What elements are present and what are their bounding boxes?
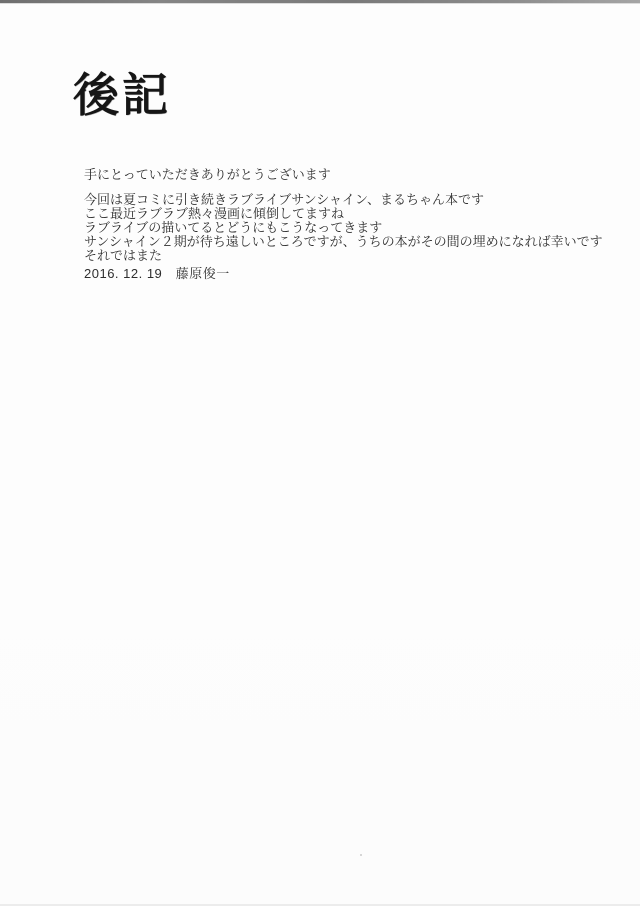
date-signature: 2016. 12. 19 藤原俊一 — [84, 267, 604, 281]
afterword-line: 今回は夏コミに引き続きラブライブサンシャイン、まるちゃん本です — [84, 193, 604, 207]
afterword-line: サンシャイン２期が待ち遠しいところですが、うちの本がその間の埋めになれば幸いです — [84, 235, 604, 249]
afterword-line: ここ最近ラブラブ熱々漫画に傾倒してますね — [84, 207, 604, 221]
thanks-line: 手にとっていただきありがとうございます — [84, 168, 604, 182]
afterword-line: ラブライブの描いてるとどうにもこうなってきます — [84, 221, 604, 235]
scan-edge-top — [0, 0, 640, 3]
page-title: 後記 — [73, 70, 171, 121]
afterword-paragraph: 今回は夏コミに引き続きラブライブサンシャイン、まるちゃん本です ここ最近ラブラブ… — [84, 193, 604, 263]
afterword-page: 後記 手にとっていただきありがとうございます 今回は夏コミに引き続きラブライブサ… — [0, 0, 640, 906]
afterword-line: それではまた — [84, 249, 604, 263]
scan-speck — [360, 854, 362, 856]
afterword-text-block: 手にとっていただきありがとうございます 今回は夏コミに引き続きラブライブサンシャ… — [84, 168, 604, 281]
